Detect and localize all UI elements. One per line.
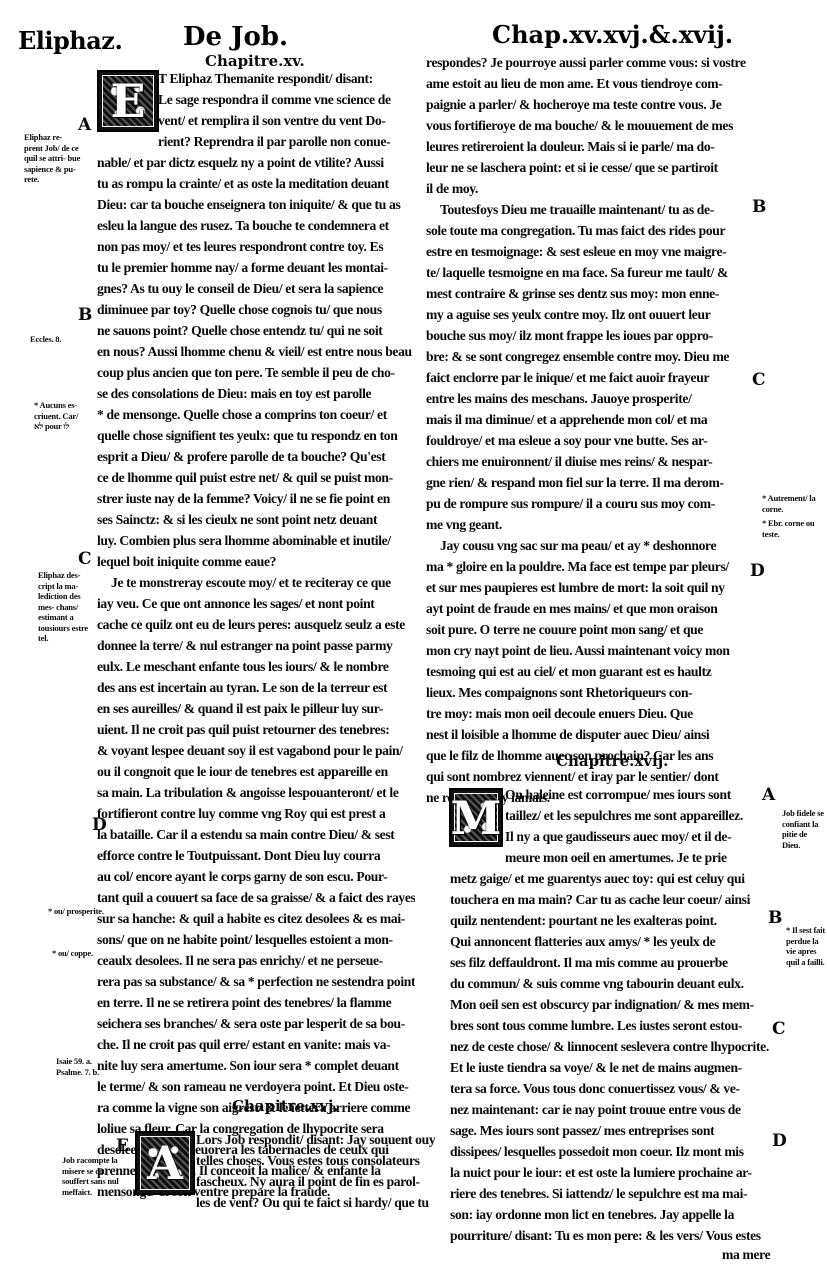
- text-line: soit pure. O terre ne couure point mon s…: [426, 619, 746, 640]
- section-letter-b: B: [78, 305, 92, 325]
- text-line: riere des tenebres. Si iattendz/ le sepu…: [450, 1183, 769, 1204]
- text-line: sur sa hanche: & quil a habite es citez …: [97, 908, 415, 929]
- text-line: telles choses. Vous estes tous consolate…: [196, 1150, 435, 1171]
- margin-note: Eliphaz des- cript la ma- lediction des …: [38, 570, 92, 644]
- text-line: les de vent? Ou qui te faict si hardy/ q…: [196, 1192, 435, 1213]
- text-line: nez maintenant: car ie nay point trouue …: [450, 1099, 769, 1120]
- text-line: il de moy.: [426, 178, 746, 199]
- margin-note: * Il sest fait perdue la vie apres quil …: [786, 925, 826, 967]
- text-line: respondes? Je pourroye aussi parler comm…: [426, 52, 746, 73]
- text-line: strer iuste nay de la femme? Voicy/ il n…: [97, 488, 415, 509]
- text-line: leur ne se laschera point: et si ie cess…: [426, 157, 746, 178]
- text-line: tera sa force. Vous tous donc conuertiss…: [450, 1078, 769, 1099]
- text-line: ses filz deffauldront. Il ma mis comme a…: [450, 952, 769, 973]
- chapter-heading-16: Chapitre.xvj.: [232, 1097, 339, 1115]
- text-line: seichera ses branches/ & sera oste par l…: [97, 1013, 415, 1034]
- text-line: nest il loisible a lhomme de disputer au…: [426, 724, 746, 745]
- margin-note: Job fidele se confiant la pitie de Dieu.: [782, 808, 826, 850]
- text-line: Qui annoncent flatteries aux amys/ * les…: [450, 931, 769, 952]
- section-letter-b: B: [768, 908, 782, 928]
- text-line: uient. Il ne croit pas quil puist retour…: [97, 719, 415, 740]
- chapter-17-body: metz gaige/ et me guarentys auec toy: qu…: [450, 868, 769, 1246]
- drop-cap-initial-e: E: [97, 70, 159, 132]
- text-line: mest contraire & grinse ses dentz sus mo…: [426, 283, 746, 304]
- text-line: ses Sainctz: & si les cieulx ne sont poi…: [97, 509, 415, 530]
- running-head-center: De Job.: [183, 22, 288, 52]
- section-letter-c: C: [78, 549, 92, 569]
- margin-note: Eliphaz re- prent Job/ de ce quil se att…: [24, 132, 82, 185]
- text-line: leures retireroient la douleur. Mais si …: [426, 136, 746, 157]
- text-line: Jay cousu vng sac sur ma peau/ et ay * d…: [426, 535, 746, 556]
- text-line: cache ce quilz ont eu de leurs peres: au…: [97, 614, 415, 635]
- section-letter-d: D: [750, 561, 765, 581]
- text-line: sole toute ma congregation. Tu mas faict…: [426, 220, 746, 241]
- text-line: le terme/ & son rameau ne verdoyera poin…: [97, 1076, 415, 1097]
- text-line: taillez/ et les sepulchres me sont appar…: [505, 805, 743, 826]
- text-line: te/ laquelle tesmoigne en ma face. Sa fu…: [426, 262, 746, 283]
- text-line: coup plus ancien que ton pere. Te semble…: [97, 362, 415, 383]
- chapter-15-opening: T Eliphaz Themanite respondit/ disant: L…: [158, 68, 391, 152]
- text-line: nable/ et par dictz esquelz ny a point d…: [97, 152, 415, 173]
- section-letter-a: A: [762, 785, 775, 805]
- text-line: Et le iuste tiendra sa voye/ & le net de…: [450, 1057, 769, 1078]
- text-line: che. Il ne croit pas quil erre/ estant e…: [97, 1034, 415, 1055]
- drop-cap-initial-m: M: [449, 788, 503, 847]
- text-line: fascheux. Ny aura il point de fin es par…: [196, 1171, 435, 1192]
- text-line: du commun/ & suis comme vng tabourin deu…: [450, 973, 769, 994]
- text-line: paignie a parler/ & hocheroye ma teste c…: [426, 94, 746, 115]
- text-line: Toutesfoys Dieu me trauaille maintenant/…: [426, 199, 746, 220]
- text-line: nite luy sera amertume. Son iour sera * …: [97, 1055, 415, 1076]
- text-line: Mon oeil sen est obscurcy par indignatio…: [450, 994, 769, 1015]
- text-line: ame estoit au lieu de mon ame. Et vous t…: [426, 73, 746, 94]
- text-line: meure mon oeil en amertumes. Je te prie: [505, 847, 743, 868]
- text-line: eulx. Le meschant enfante tous les iours…: [97, 656, 415, 677]
- text-line: la nuict pour le iour: et est oste la lu…: [450, 1162, 769, 1183]
- text-line: T Eliphaz Themanite respondit/ disant:: [158, 68, 391, 89]
- text-line: tu as rompu la crainte/ et as oste la me…: [97, 173, 415, 194]
- text-line: tre moy: mais mon oeil decoule enuers Di…: [426, 703, 746, 724]
- text-line: quelle chose signifient tes yeulx: que t…: [97, 425, 415, 446]
- text-line: Dieu: car ta bouche enseignera ton iniqu…: [97, 194, 415, 215]
- text-line: vent/ et remplira il son ventre du vent …: [158, 110, 391, 131]
- text-line: chiers me enuironnent/ il diuise mes rei…: [426, 451, 746, 472]
- chapter-15-body: nable/ et par dictz esquelz ny a point d…: [97, 152, 415, 1202]
- text-line: * de mensonge. Quelle chose a comprins t…: [97, 404, 415, 425]
- text-line: bres sont tous comme lumbre. Les iustes …: [450, 1015, 769, 1036]
- text-line: Il ny a que gaudisseurs auec moy/ et il …: [505, 826, 743, 847]
- section-letter-e: E: [116, 1136, 129, 1156]
- text-line: la bataille. Car il a estendu sa main co…: [97, 824, 415, 845]
- chapter-16-continued: respondes? Je pourroye aussi parler comm…: [426, 52, 746, 808]
- text-line: efforce contre le Toutpuissant. Dont Die…: [97, 845, 415, 866]
- text-line: bouche sus moy/ ilz mont frappe les ioue…: [426, 325, 746, 346]
- text-line: son: iay ordonne mon lict en tenebres. J…: [450, 1204, 769, 1225]
- section-letter-d: D: [92, 815, 107, 835]
- text-line: luy. Combien plus sera lhomme abominable…: [97, 530, 415, 551]
- text-line: tesmoing qui est au ciel/ et mon guarant…: [426, 661, 746, 682]
- text-line: touchera en ma main? Car tu as cache leu…: [450, 889, 769, 910]
- text-line: donnee la terre/ & nul estranger na poin…: [97, 635, 415, 656]
- text-line: en ses aureilles/ & quand il est paix le…: [97, 698, 415, 719]
- text-line: quilz nentendent: pourtant ne les exalte…: [450, 910, 769, 931]
- section-letter-d: D: [772, 1131, 787, 1151]
- text-line: fouldroye/ et ma esleue a soy pour vne b…: [426, 430, 746, 451]
- margin-note: Isaie 59. a. Psalme. 7. b.: [56, 1056, 116, 1077]
- text-line: gne rien/ & respand mon fiel sur la terr…: [426, 472, 746, 493]
- section-letter-b: B: [752, 197, 766, 217]
- text-line: et sur mes paupieres est lumbre de mort:…: [426, 577, 746, 598]
- text-line: sa main. La tribulation & angoisse lespo…: [97, 782, 415, 803]
- text-line: & voyant lespee deuant soy il est vagabo…: [97, 740, 415, 761]
- text-line: vous fortifieroye de ma bouche/ & le mou…: [426, 115, 746, 136]
- text-line: Le sage respondra il comme vne science d…: [158, 89, 391, 110]
- text-line: esprit a Dieu/ & profere parolle de ta b…: [97, 446, 415, 467]
- text-line: entre les mains des meschans. Jauoye pro…: [426, 388, 746, 409]
- section-letter-c: C: [772, 1019, 786, 1039]
- margin-note: * ou/ coppe.: [52, 948, 112, 959]
- text-line: bre: & se sont congregez ensemble contre…: [426, 346, 746, 367]
- text-line: pu de rompure sus rompure/ il a couru su…: [426, 493, 746, 514]
- text-line: lieux. Mes compaignons sont Rhetoriqueur…: [426, 682, 746, 703]
- text-line: ne sauons point? Quelle chose entendz tu…: [97, 320, 415, 341]
- text-line: ou il congnoit que le iour de tenebres e…: [97, 761, 415, 782]
- text-line: rera pas sa substance/ & sa * perfection…: [97, 971, 415, 992]
- chapter-heading-17: Chapitre.xvij.: [556, 752, 668, 770]
- catchword: ma mere: [722, 1244, 770, 1265]
- text-line: non pas moy/ et tes leures respondront c…: [97, 236, 415, 257]
- text-line: Lors Job respondit/ disant: Jay souuent …: [196, 1129, 435, 1150]
- chapter-16-opening: Lors Job respondit/ disant: Jay souuent …: [196, 1129, 435, 1213]
- margin-note: * Aucuns es- criuent. Car/ לא pour לו: [34, 400, 88, 432]
- margin-note: * ou/ prosperite.: [48, 906, 114, 917]
- text-line: nez de ceste chose/ & linnocent seslever…: [450, 1036, 769, 1057]
- text-line: au col/ encore ayant le corps garny de s…: [97, 866, 415, 887]
- text-line: rient? Reprendra il par parolle non conu…: [158, 131, 391, 152]
- text-line: mais il ma diminue/ et a apprehende mon …: [426, 409, 746, 430]
- text-line: des ans est incertain au tyran. Le son d…: [97, 677, 415, 698]
- text-line: pourriture/ disant: Tu es mon pere: & le…: [450, 1225, 769, 1246]
- text-line: ayt point de fraude en mes mains/ et que…: [426, 598, 746, 619]
- text-line: sage. Mes iours sont passez/ mes entrepr…: [450, 1120, 769, 1141]
- text-line: tant quil a couuert sa face de sa graiss…: [97, 887, 415, 908]
- text-line: lequel boit iniquite comme eaue?: [97, 551, 415, 572]
- drop-cap-initial-a: A: [135, 1131, 195, 1195]
- running-head-right: Chap.xv.xvj.&.xvij.: [492, 20, 733, 49]
- text-line: my a aguise ses yeulx contre moy. Ilz on…: [426, 304, 746, 325]
- text-line: estre en tesmoignage: & sest esleue en m…: [426, 241, 746, 262]
- text-line: dissipees/ lesquelles possedoit mon coeu…: [450, 1141, 769, 1162]
- text-line: en terre. Il ne se retirera point des te…: [97, 992, 415, 1013]
- text-line: faict enclorre par le inique/ et me faic…: [426, 367, 746, 388]
- text-line: diminuee par toy? Quelle chose cognois t…: [97, 299, 415, 320]
- text-line: iay veu. Ce que ont annonce les sages/ e…: [97, 593, 415, 614]
- text-line: sons/ que on ne habite point/ lesquelles…: [97, 929, 415, 950]
- section-letter-c: C: [752, 370, 766, 390]
- text-line: tu le premier homme nay/ a forme deuant …: [97, 257, 415, 278]
- margin-note: * Autrement/ la corne.: [762, 493, 824, 514]
- text-line: me vng geant.: [426, 514, 746, 535]
- text-line: en nous? Aussi lhomme chenu & vieil/ est…: [97, 341, 415, 362]
- text-line: esleu la langue des rusez. Ta bouche te …: [97, 215, 415, 236]
- text-line: ma * gloire en la pouldre. Ma face est t…: [426, 556, 746, 577]
- margin-note: Job racompte la misere se dit souffert s…: [62, 1155, 122, 1197]
- text-line: fortifieront contre luy comme vng Roy qu…: [97, 803, 415, 824]
- margin-note: Eccles. 8.: [30, 334, 82, 345]
- text-line: On haleine est corrompue/ mes iours sont: [505, 784, 743, 805]
- text-line: mon cry nayt point de lieu. Aussi mainte…: [426, 640, 746, 661]
- text-line: se des consolations de Dieu: mais en toy…: [97, 383, 415, 404]
- text-line: Je te monstreray escoute moy/ et te reci…: [97, 572, 415, 593]
- running-head-left: Eliphaz.: [18, 26, 122, 55]
- text-line: ceaulx desolees. Il ne sera pas enrichy/…: [97, 950, 415, 971]
- text-line: ce de lhomme quil puist estre net/ & qui…: [97, 467, 415, 488]
- text-line: metz gaige/ et me guarentys auec toy: qu…: [450, 868, 769, 889]
- text-line: gnes? As tu ouy le conseil de Dieu/ et s…: [97, 278, 415, 299]
- chapter-17-opening: On haleine est corrompue/ mes iours sont…: [505, 784, 743, 868]
- margin-note: * Ebr. corne ou teste.: [762, 518, 824, 539]
